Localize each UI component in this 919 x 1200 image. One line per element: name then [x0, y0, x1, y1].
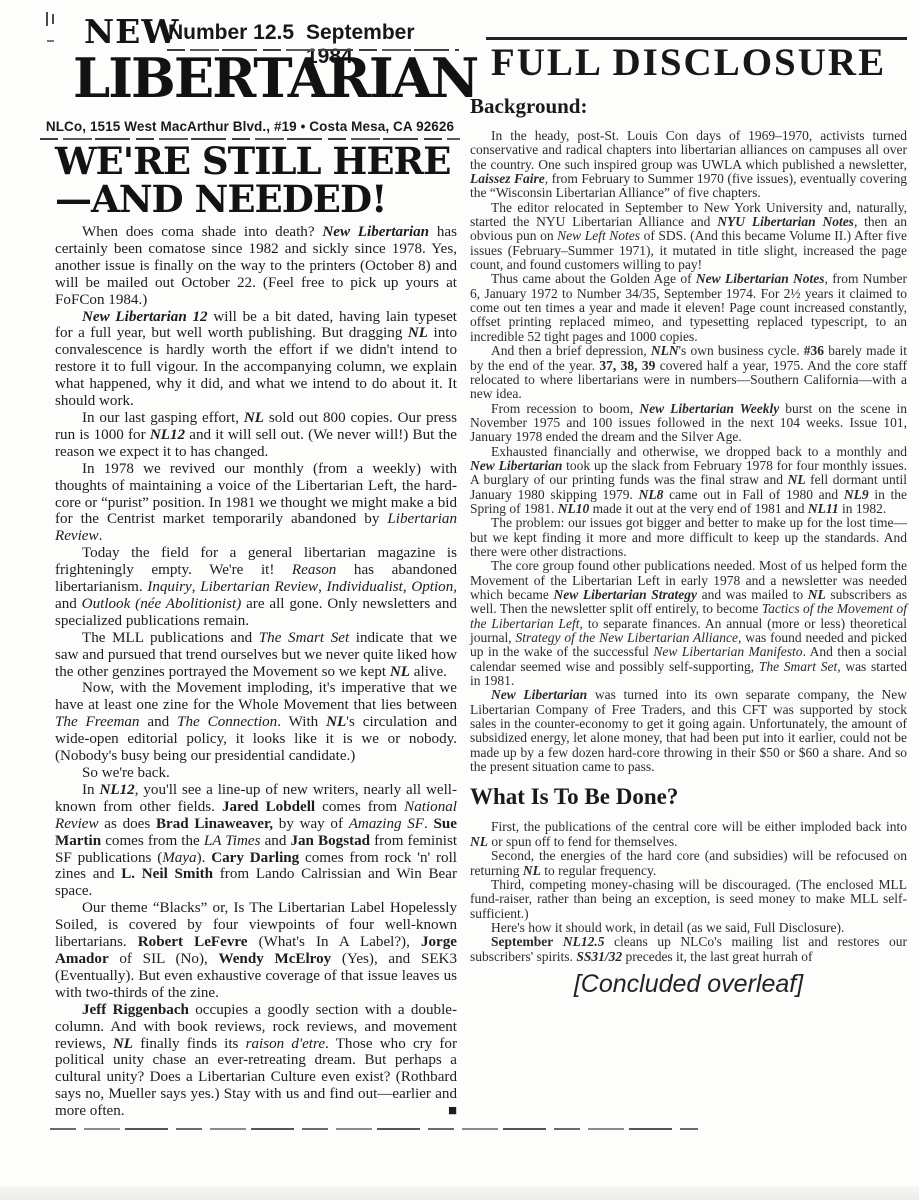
what-is-to-be-done-heading: What Is To Be Done?: [470, 784, 907, 810]
headline-line2: —AND NEEDED!: [55, 177, 386, 221]
paragraph: Our theme “Blacks” or, Is The Libertaria…: [55, 900, 457, 1001]
masthead: NEW Number 12.5 September 1984 LIBERTARI…: [0, 0, 460, 142]
paragraph: The problem: our issues got bigger and b…: [470, 516, 907, 559]
left-article-headline: WE'RE STILL HERE —AND NEEDED!: [55, 142, 457, 218]
paragraph: In 1978 we revived our monthly (from a w…: [55, 461, 457, 546]
paragraph: In our last gasping effort, NL sold out …: [55, 410, 457, 461]
paragraph: Third, competing money-chasing will be d…: [470, 878, 907, 921]
paragraph: First, the publications of the central c…: [470, 820, 907, 849]
paragraph: From recession to boom, New Libertarian …: [470, 402, 907, 445]
paragraph-text: Jeff Riggenbach occupies a goodly sectio…: [55, 1002, 457, 1119]
paragraph: Exhausted financially and otherwise, we …: [470, 445, 907, 517]
paragraph: Second, the energies of the hard core (a…: [470, 849, 907, 878]
paragraph: September NL12.5 cleans up NLCo's mailin…: [470, 935, 907, 964]
paragraph: Now, with the Movement imploding, it's i…: [55, 680, 457, 765]
end-square-mark: ■: [421, 1103, 457, 1120]
paragraph: So we're back.: [55, 765, 457, 782]
paragraph: Jeff Riggenbach occupies a goodly sectio…: [55, 1002, 457, 1120]
scan-edge-shadow: [0, 1186, 919, 1200]
paragraph: Today the field for a general libertaria…: [55, 545, 457, 630]
right-article-title: FULL DISCLOSURE: [470, 42, 907, 84]
paragraph: New Libertarian was turned into its own …: [470, 688, 907, 774]
paragraph: The MLL publications and The Smart Set i…: [55, 630, 457, 681]
what-is-to-be-done-body: First, the publications of the central c…: [470, 820, 907, 963]
paragraph: New Libertarian 12 will be a bit dated, …: [55, 309, 457, 410]
right-article: FULL DISCLOSURE Background: In the heady…: [470, 42, 907, 999]
background-body: In the heady, post-St. Louis Con days of…: [470, 129, 907, 774]
paragraph: The editor relocated in September to New…: [470, 201, 907, 273]
paragraph: And then a brief depression, NLN's own b…: [470, 344, 907, 401]
left-column-end-rule: [50, 1128, 698, 1130]
background-heading: Background:: [470, 94, 907, 119]
left-article-body: When does coma shade into death? New Lib…: [55, 224, 457, 1120]
paragraph: In NL12, you'll see a line-up of new wri…: [55, 782, 457, 900]
paragraph: The core group found other publications …: [470, 559, 907, 688]
paragraph: Here's how it should work, in detail (as…: [470, 921, 907, 935]
paragraph: Thus came about the Golden Age of New Li…: [470, 272, 907, 344]
masthead-brand-main: LIBERTARIAN: [73, 46, 455, 110]
paragraph: In the heady, post-St. Louis Con days of…: [470, 129, 907, 201]
paragraph: When does coma shade into death? New Lib…: [55, 224, 457, 309]
left-article: WE'RE STILL HERE —AND NEEDED! When does …: [55, 142, 457, 1120]
concluded-overleaf-note: [Concluded overleaf]: [470, 970, 907, 999]
newsletter-page: NEW Number 12.5 September 1984 LIBERTARI…: [0, 0, 919, 1200]
masthead-address: NLCo, 1515 West MacArthur Blvd., #19 • C…: [38, 119, 462, 134]
masthead-issue-number: Number 12.5: [168, 21, 294, 45]
right-article-top-rule: [486, 37, 907, 40]
